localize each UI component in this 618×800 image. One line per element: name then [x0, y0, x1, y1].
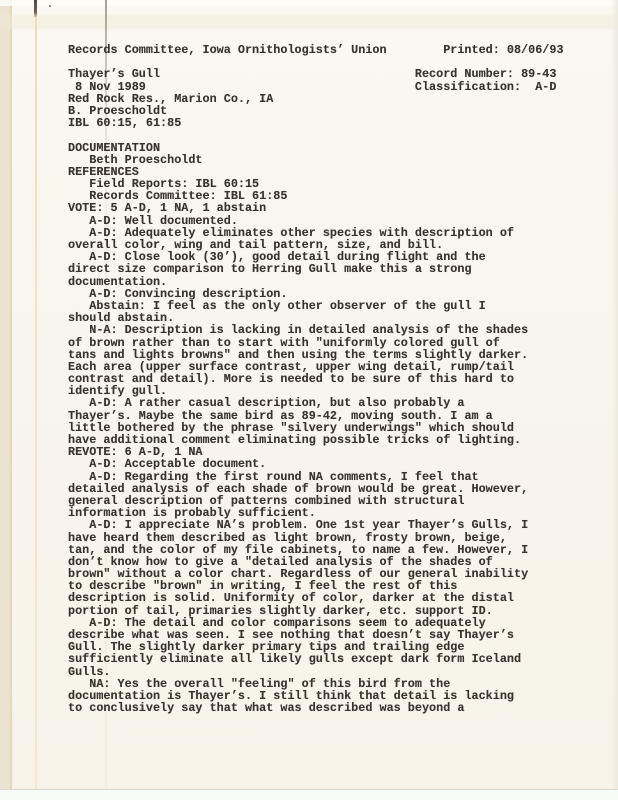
paper-left-edge [10, 0, 12, 800]
doc-line: to conclusively say that what was descri… [68, 702, 528, 714]
committee-title: Records Committee, Iowa Ornithologists’ … [68, 43, 387, 57]
committee-line: Records Committee, Iowa Ornithologists’ … [68, 44, 528, 56]
doc-line: A-D: Well documented. [68, 215, 528, 227]
section-heading-documentation: DOCUMENTATION [68, 142, 528, 154]
doc-line: A-D: Regarding the first round NA commen… [68, 471, 528, 483]
record-number: Record Number: 89-43 [415, 68, 557, 80]
doc-line: have heard them described as light brown… [68, 532, 528, 544]
scanned-document-page: { "scan": { "paper_color": "#f8f5ec", "i… [0, 0, 618, 800]
scan-bed-edge [0, 0, 10, 800]
ibl-references: IBL 60:15, 61:85 [68, 116, 181, 130]
doc-line: Gulls. [68, 666, 528, 678]
doc-line: N-A: Description is lacking in detailed … [68, 324, 528, 336]
doc-line: documentation. [68, 276, 528, 288]
doc-line: Thayer’s. Maybe the same bird as 89-42, … [68, 410, 528, 422]
scan-smudge [0, 15, 618, 29]
doc-line: A-D: A rather casual description, but al… [68, 397, 528, 409]
paper-right-edge [611, 0, 618, 800]
classification: Classification: A-D [415, 81, 557, 93]
paper-top-edge [0, 0, 618, 6]
doc-line: sufficiently eliminate all likely gulls … [68, 653, 528, 665]
scan-dust-speck [49, 5, 51, 7]
document-text: Records Committee, Iowa Ornithologists’ … [68, 44, 528, 714]
paper-crease-dark-mark [34, 0, 37, 17]
printed-date: Printed: 08/06/93 [443, 44, 563, 56]
scan-bed-bottom [0, 789, 618, 800]
doc-line: direct size comparison to Herring Gull m… [68, 263, 528, 275]
paper-crease-line [35, 0, 37, 800]
doc-line: A-D: I appreciate NA’s problem. One 1st … [68, 519, 528, 531]
vote-summary: VOTE: 5 A-D, 1 NA, 1 abstain [68, 202, 528, 214]
ibl-line: IBL 60:15, 61:85 [68, 117, 528, 129]
blank-line [68, 129, 528, 141]
doc-line: A-D: Acceptable document. [68, 458, 528, 470]
doc-line: portion of tail, primaries slightly dark… [68, 605, 528, 617]
doc-line: of brown rather than to start with "unif… [68, 337, 528, 349]
doc-line: description is solid. Uniformity of colo… [68, 592, 528, 604]
